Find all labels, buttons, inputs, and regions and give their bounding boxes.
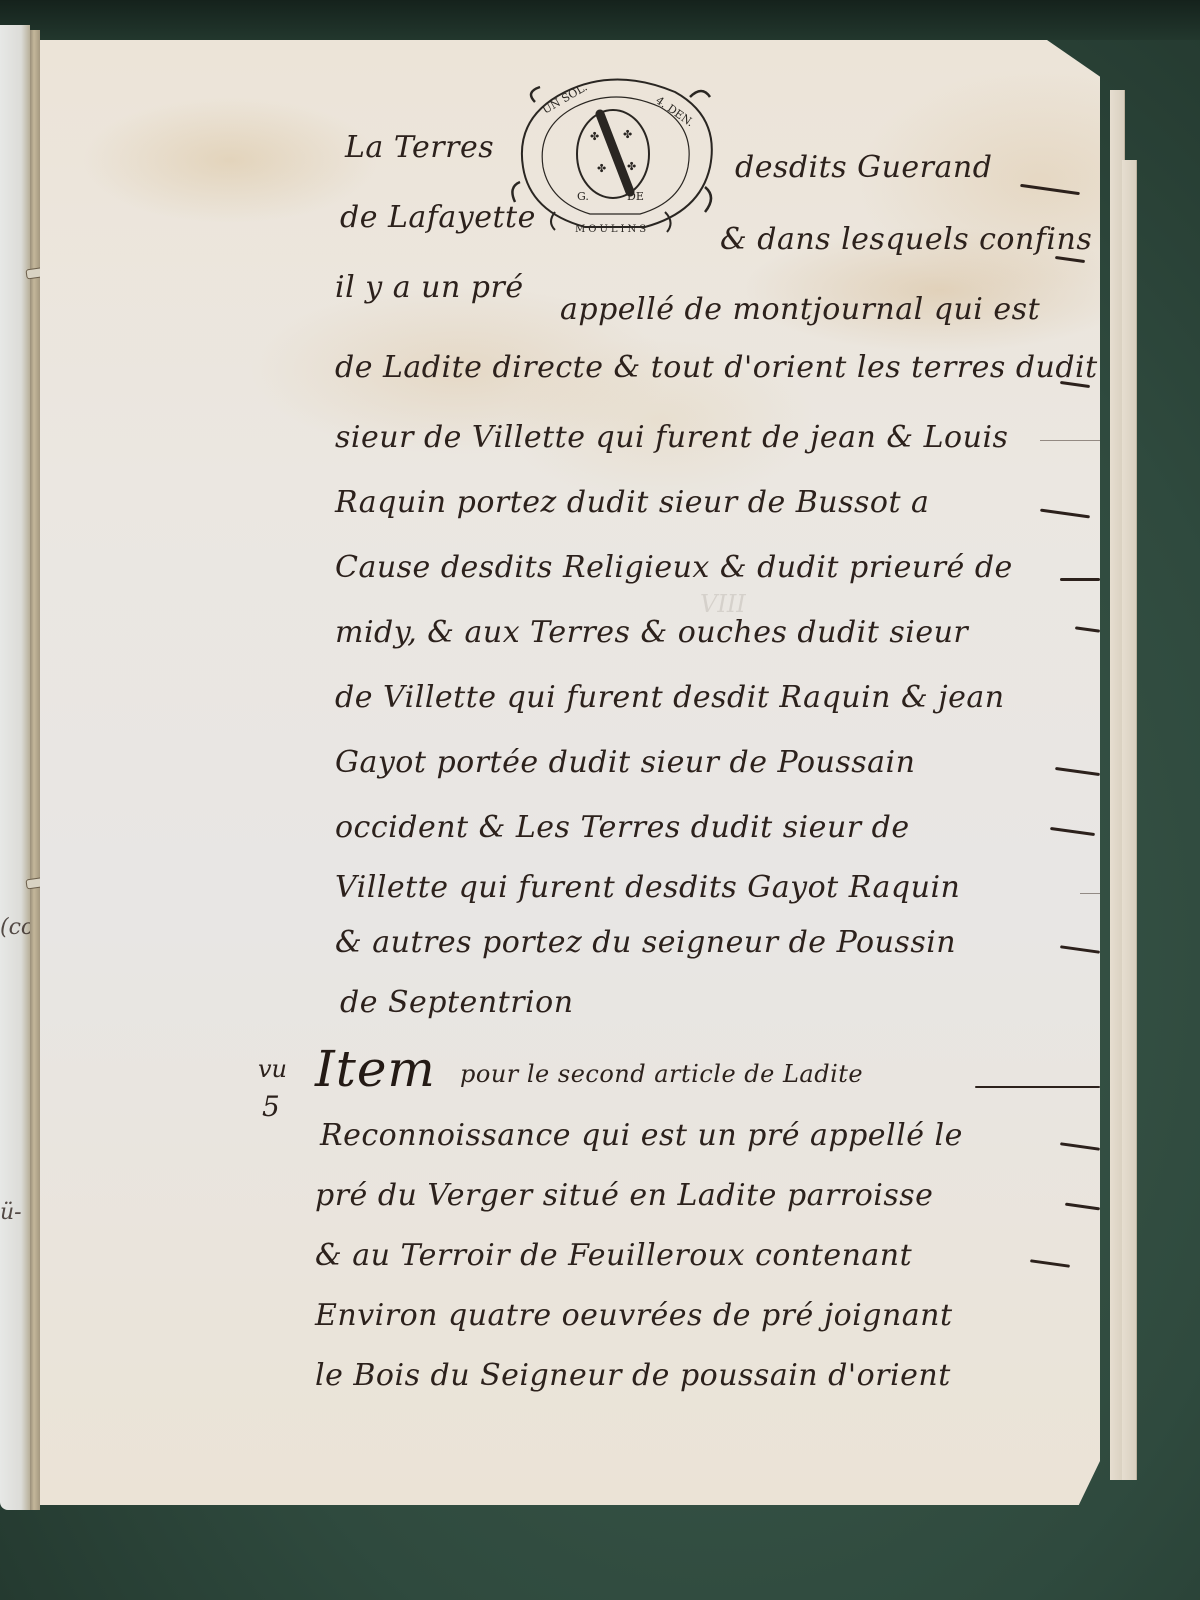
- manuscript-line: il y a un pré: [335, 270, 524, 305]
- line-end-flourish: [975, 1086, 1100, 1088]
- manuscript-line: & au Terroir de Feuilleroux contenant: [315, 1238, 912, 1273]
- manuscript-line-continuation: appellé de montjournal qui est: [560, 292, 1040, 327]
- left-page-fragment: ü-: [0, 1200, 22, 1225]
- manuscript-line-continuation: & dans lesquels confins: [720, 222, 1092, 257]
- tax-stamp-seal-icon: ✤ ✤ ✤ ✤ UN SOL. 4. DEN. G. DE MOULINS: [505, 72, 725, 237]
- svg-text:✤: ✤: [627, 160, 636, 173]
- item-heading: Item: [315, 1040, 436, 1098]
- manuscript-line: Environ quatre oeuvrées de pré joignant: [315, 1298, 953, 1333]
- manuscript-line: pour le second article de Ladite: [460, 1060, 863, 1088]
- manuscript-line: Reconnoissance qui est un pré appellé le: [320, 1118, 963, 1153]
- svg-text:MOULINS: MOULINS: [575, 224, 649, 235]
- svg-text:4. DEN.: 4. DEN.: [653, 94, 696, 129]
- svg-text:✤: ✤: [597, 162, 606, 175]
- margin-note-number: 5: [262, 1090, 280, 1123]
- manuscript-line-continuation: desdits Guerand: [735, 150, 992, 185]
- manuscript-line: midy, & aux Terres & ouches dudit sieur: [335, 615, 968, 650]
- backdrop-top-shadow: [0, 0, 1200, 40]
- svg-text:✤: ✤: [623, 128, 632, 141]
- manuscript-line: de Villette qui furent desdit Raquin & j…: [335, 680, 1005, 715]
- manuscript-line: Cause desdits Religieux & dudit prieuré …: [335, 550, 1013, 585]
- line-filler-rule: [1080, 893, 1100, 894]
- manuscript-line: occident & Les Terres dudit sieur de: [335, 810, 910, 845]
- facing-left-page: (co ü-: [0, 25, 30, 1510]
- binding-gutter: [30, 30, 40, 1510]
- line-end-flourish: [1060, 578, 1100, 581]
- svg-text:✤: ✤: [590, 130, 599, 143]
- manuscript-line: Gayot portée dudit sieur de Poussain: [335, 745, 915, 780]
- manuscript-line: le Bois du Seigneur de poussain d'orient: [315, 1358, 951, 1393]
- line-filler-rule: [1040, 440, 1100, 441]
- manuscript-line: sieur de Villette qui furent de jean & L…: [335, 420, 1008, 455]
- margin-note-vu: vu: [258, 1055, 287, 1083]
- manuscript-line: Villette qui furent desdits Gayot Raquin: [335, 870, 960, 905]
- svg-text:DE: DE: [627, 190, 644, 203]
- manuscript-line: Raquin portez dudit sieur de Bussot a: [335, 485, 929, 520]
- manuscript-line: de Ladite directe & tout d'orient les te…: [335, 350, 1098, 385]
- underlying-page-edge: [1122, 160, 1137, 1480]
- manuscript-line: de Septentrion: [340, 985, 574, 1020]
- bleed-through-text: VIII: [700, 590, 746, 618]
- manuscript-line: de Lafayette: [340, 200, 536, 235]
- svg-text:G.: G.: [577, 190, 589, 203]
- manuscript-line: & autres portez du seigneur de Poussin: [335, 925, 956, 960]
- manuscript-line: pré du Verger situé en Ladite parroisse: [315, 1178, 933, 1213]
- manuscript-line: La Terres: [345, 130, 494, 165]
- svg-text:UN SOL.: UN SOL.: [540, 80, 590, 116]
